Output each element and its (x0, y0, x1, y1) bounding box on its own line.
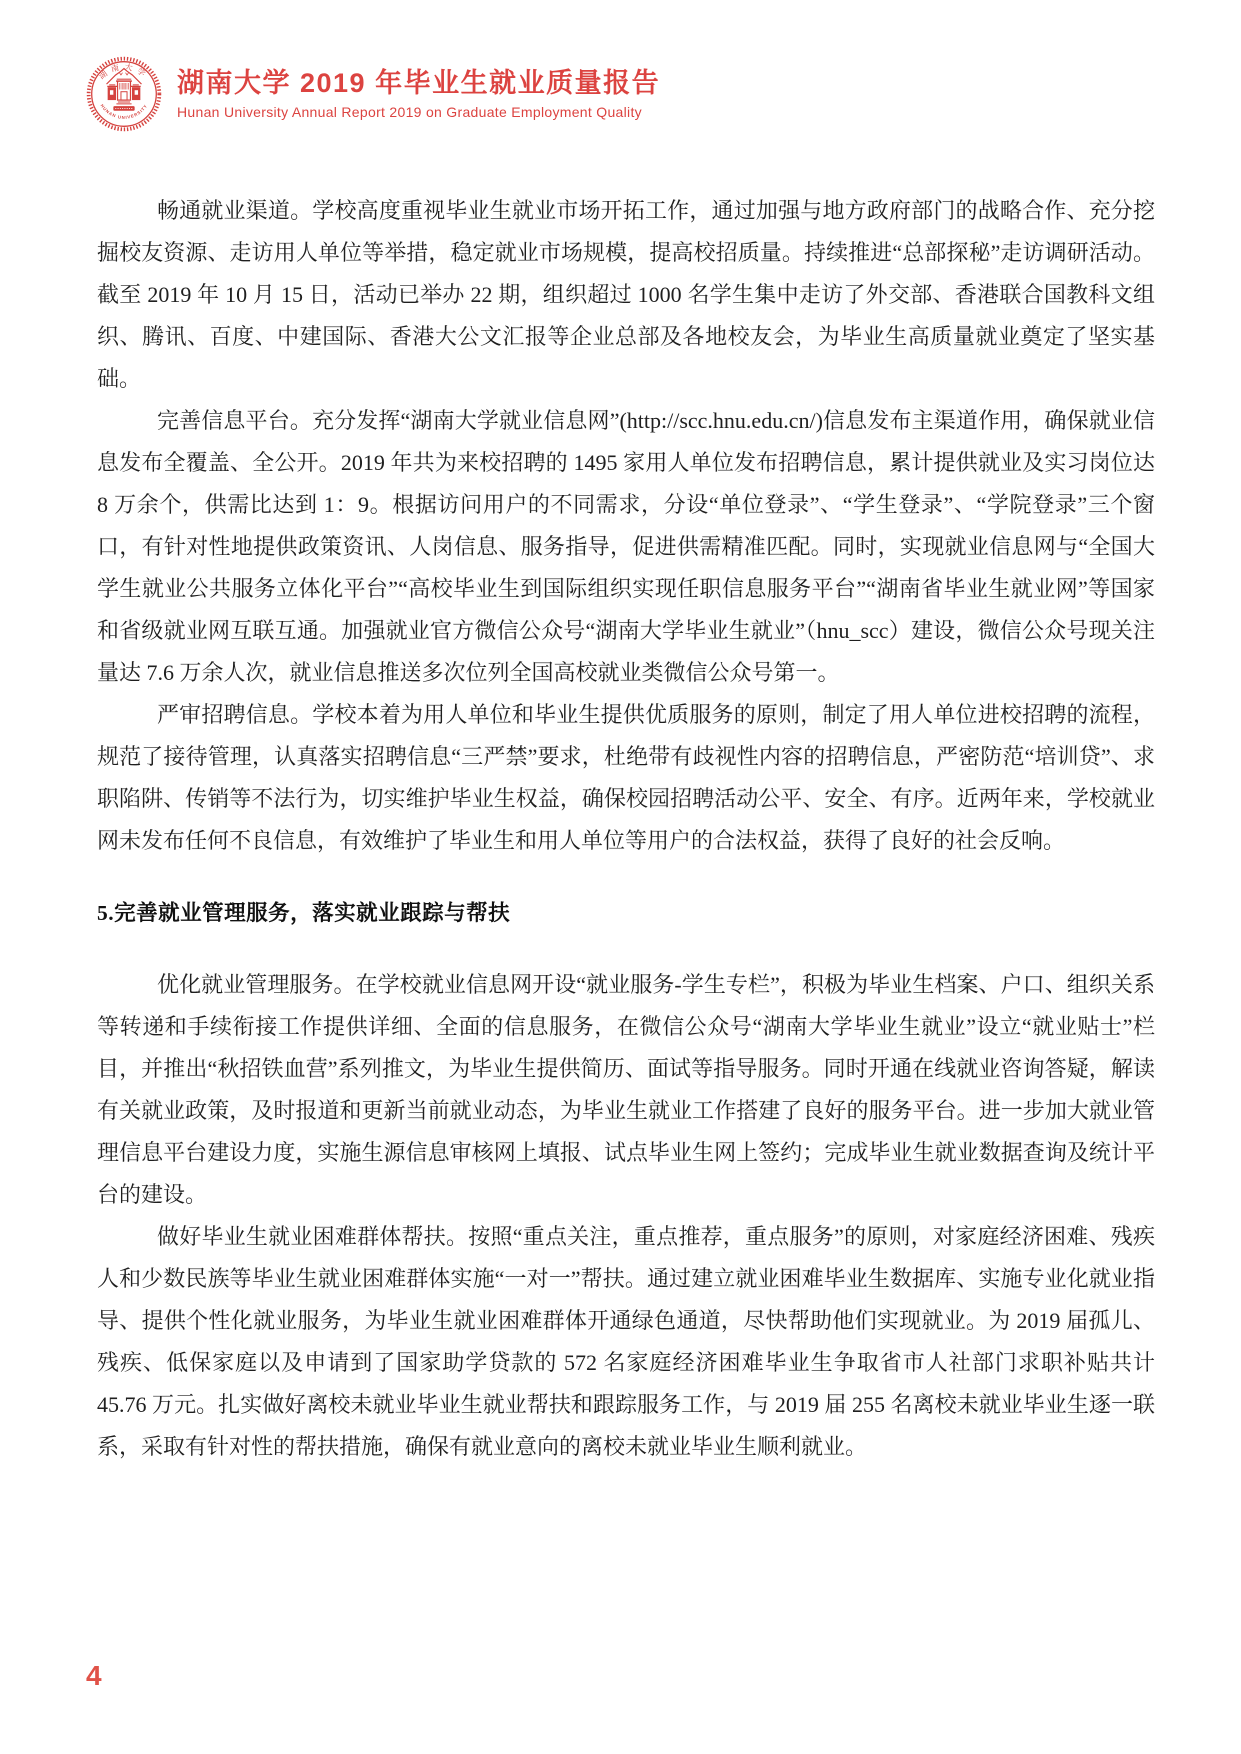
paragraph-optimize-management-service: 优化就业管理服务。在学校就业信息网开设“就业服务-学生专栏”，积极为毕业生档案、… (97, 964, 1155, 1216)
report-title-en: Hunan University Annual Report 2019 on G… (177, 104, 660, 120)
svg-text:HUNAN UNIVERSITY: HUNAN UNIVERSITY (100, 103, 149, 120)
seal-gate-building (107, 79, 140, 104)
report-page: 湖南大学 HUNAN UNIVERSITY (0, 0, 1241, 1754)
header-titles: 湖南大学 2019 年毕业生就业质量报告 Hunan University An… (177, 68, 660, 120)
report-title-cn: 湖南大学 2019 年毕业生就业质量报告 (177, 68, 660, 98)
page-header: 湖南大学 HUNAN UNIVERSITY (86, 56, 660, 132)
paragraph-employment-channels: 畅通就业渠道。学校高度重视毕业生就业市场开拓工作，通过加强与地方政府部门的战略合… (97, 190, 1155, 400)
paragraph-recruitment-info-review: 严审招聘信息。学校本着为用人单位和毕业生提供优质服务的原则，制定了用人单位进校招… (97, 694, 1155, 862)
seal-arc-bottom-text: HUNAN UNIVERSITY (100, 103, 149, 120)
report-body: 畅通就业渠道。学校高度重视毕业生就业市场开拓工作，通过加强与地方政府部门的战略合… (97, 190, 1155, 1468)
section-heading-5: 5.完善就业管理服务，落实就业跟踪与帮扶 (97, 892, 1155, 934)
seal-banner (113, 106, 134, 111)
hunan-university-seal-icon: 湖南大学 HUNAN UNIVERSITY (86, 56, 162, 132)
page-number: 4 (86, 1660, 102, 1692)
paragraph-difficult-group-assistance: 做好毕业生就业困难群体帮扶。按照“重点关注，重点推荐，重点服务”的原则，对家庭经… (97, 1216, 1155, 1468)
paragraph-information-platform: 完善信息平台。充分发挥“湖南大学就业信息网”(http://scc.hnu.ed… (97, 400, 1155, 694)
